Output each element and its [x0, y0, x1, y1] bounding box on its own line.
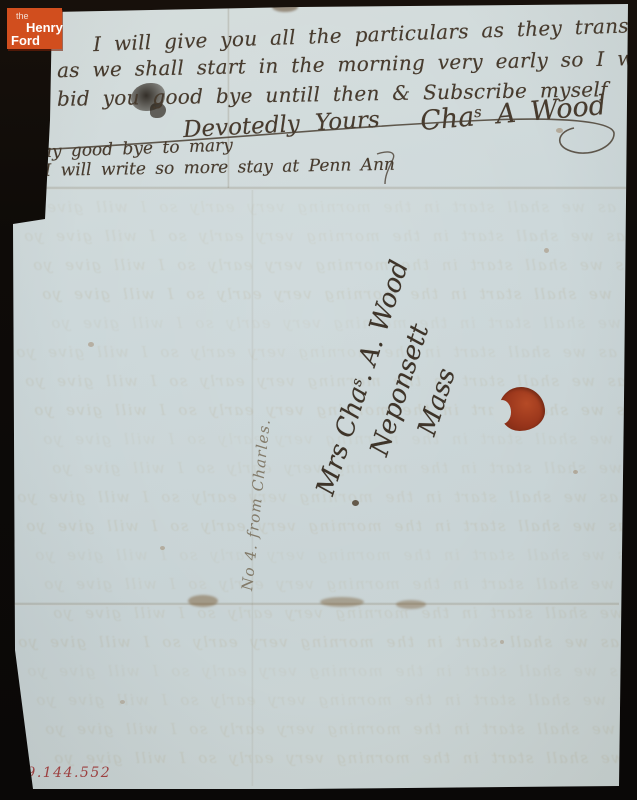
bleedthrough-line: as we shall start in the morning very ea… [36, 546, 636, 564]
stain [120, 700, 125, 704]
stain [544, 248, 549, 253]
stain [160, 546, 165, 550]
bleedthrough-line: as we shall start in the morning very ea… [55, 749, 637, 767]
bleedthrough-line: as we shall start in the morning very ea… [28, 662, 628, 680]
wax-seal [495, 387, 545, 433]
wax-seal-broken-notch [493, 400, 511, 424]
signature-pre: Cha [419, 101, 476, 137]
stain [320, 597, 364, 607]
stain [88, 342, 94, 347]
henry-ford-logo: the Henry Ford [7, 8, 62, 49]
stain [188, 595, 218, 607]
letter-paper: as we shall start in the morning very ea… [0, 0, 637, 800]
bleedthrough-line: as we shall start in the morning very ea… [37, 691, 637, 709]
fold-crease-horizontal-top [13, 186, 626, 190]
catalog-number: 69.144.552 [16, 765, 111, 781]
stain [500, 640, 504, 644]
fold-crease-horizontal-bottom [13, 602, 619, 606]
logo-ford: Ford [11, 34, 40, 47]
stain [556, 128, 563, 133]
bleedthrough-line: as we shall start in the morning very ea… [46, 720, 637, 738]
stain [396, 600, 426, 609]
bleedthrough-line: as we shall start in the morning very ea… [45, 575, 637, 593]
scanned-letter-photo: as we shall start in the morning very ea… [0, 0, 637, 800]
stain [272, 2, 298, 12]
stain [573, 470, 578, 474]
bleedthrough-line: as we shall start in the morning very ea… [19, 633, 619, 651]
